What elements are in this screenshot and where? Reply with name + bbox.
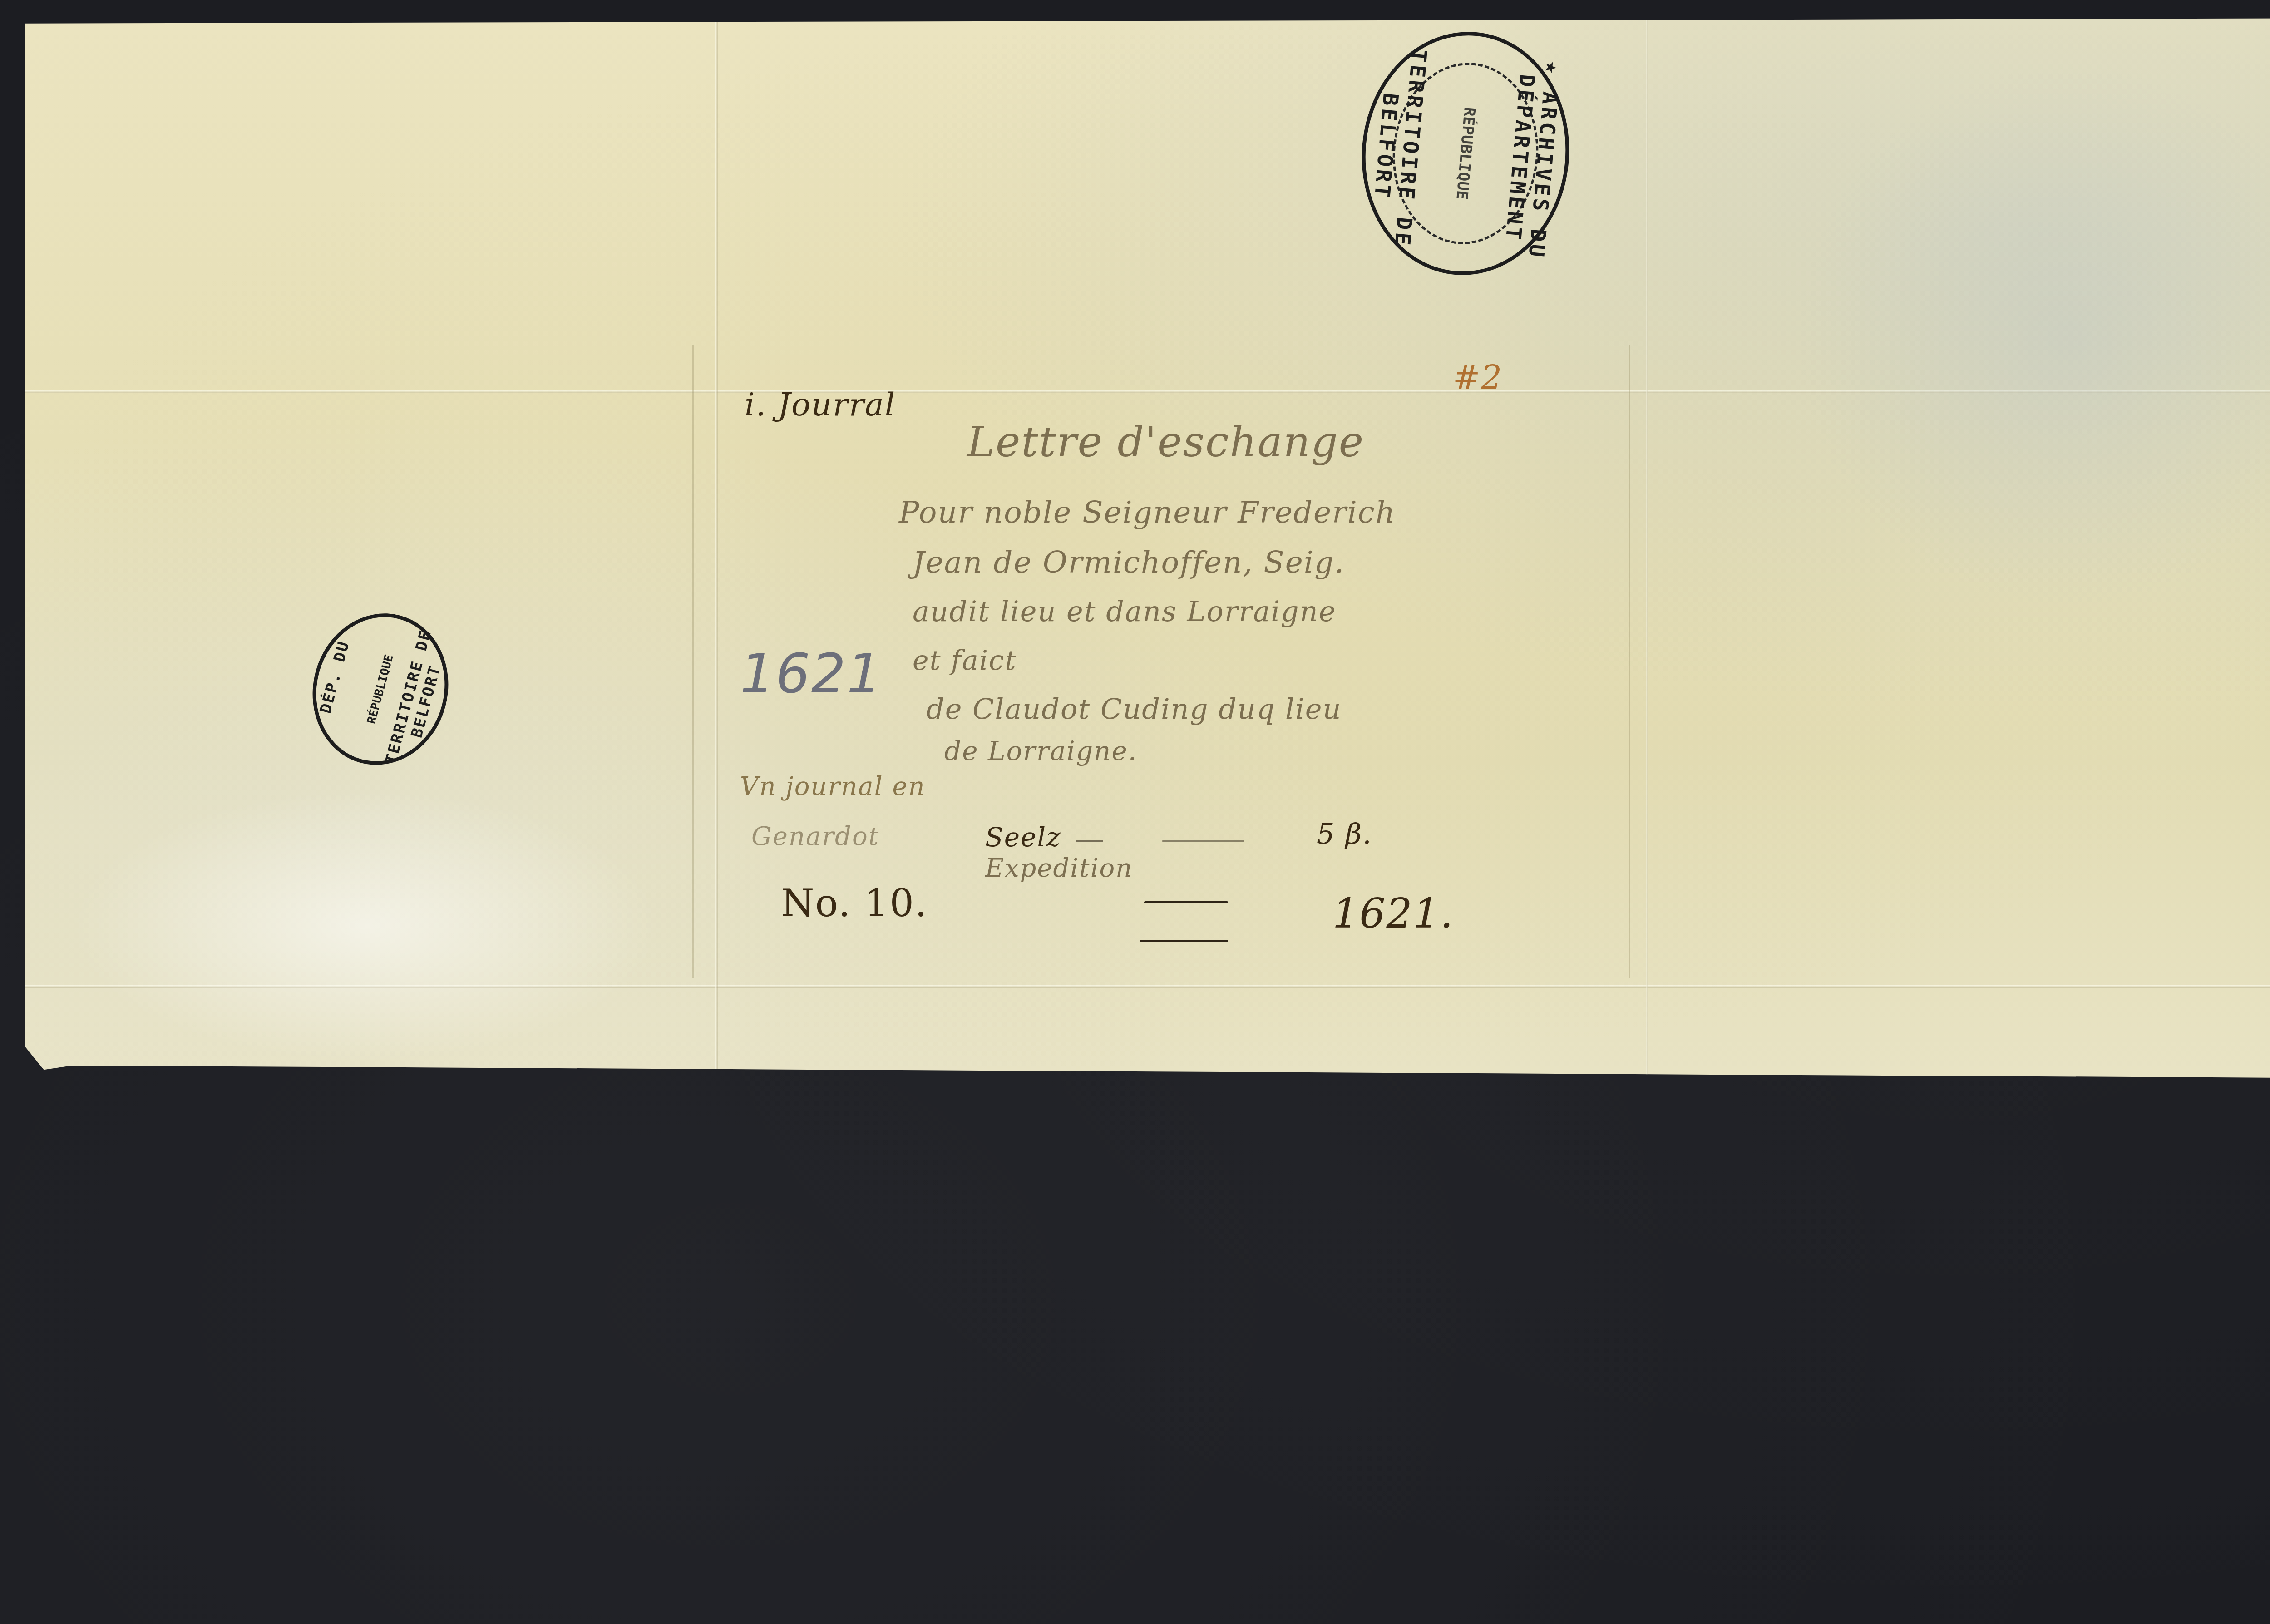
fee-leader-line: [1162, 840, 1244, 842]
docket-line-3: audit lieu et dans Lorraigne: [913, 595, 1336, 628]
number-label: No. 10.: [781, 881, 928, 925]
water-stain: [70, 790, 661, 1062]
note-journal-en: Vn journal en: [740, 772, 926, 801]
archives-stamp: ★ ARCHIVES DU DÉPARTEMENT RÉPUBLIQUE TER…: [1352, 23, 1579, 284]
docket-line-2: Jean de Ormichoffen, Seig.: [913, 545, 1345, 580]
docket-line-1: Pour noble Seigneur Frederich: [899, 495, 1396, 530]
note-genardot: Genardot: [751, 822, 879, 851]
ink-rule-lower: [1140, 940, 1228, 942]
pencil-year: 1621: [740, 642, 882, 706]
fee-dash: [1076, 840, 1103, 842]
red-ink-mark: #2: [1453, 359, 1503, 397]
expedition-label: Expedition: [985, 854, 1133, 883]
fee-amount: 5 β.: [1317, 817, 1372, 850]
docket-title: Lettre d'eschange: [967, 418, 1364, 466]
corner-note-journal: i. Jourral: [745, 386, 896, 423]
docket-line-4: et faict: [913, 645, 1017, 676]
docket-line-5: de Claudot Cuding duq lieu: [926, 692, 1342, 726]
small-stamp-center: RÉPUBLIQUE: [365, 653, 396, 726]
skin-texture-patch: [1796, 64, 2270, 608]
fold-line-vertical-right: [1646, 18, 1648, 1078]
docket-line-6: de Lorraigne.: [944, 735, 1137, 766]
ink-rule-upper: [1144, 901, 1228, 903]
fee-label-seelz: Seelz: [985, 822, 1061, 853]
ink-year: 1621.: [1332, 890, 1454, 938]
